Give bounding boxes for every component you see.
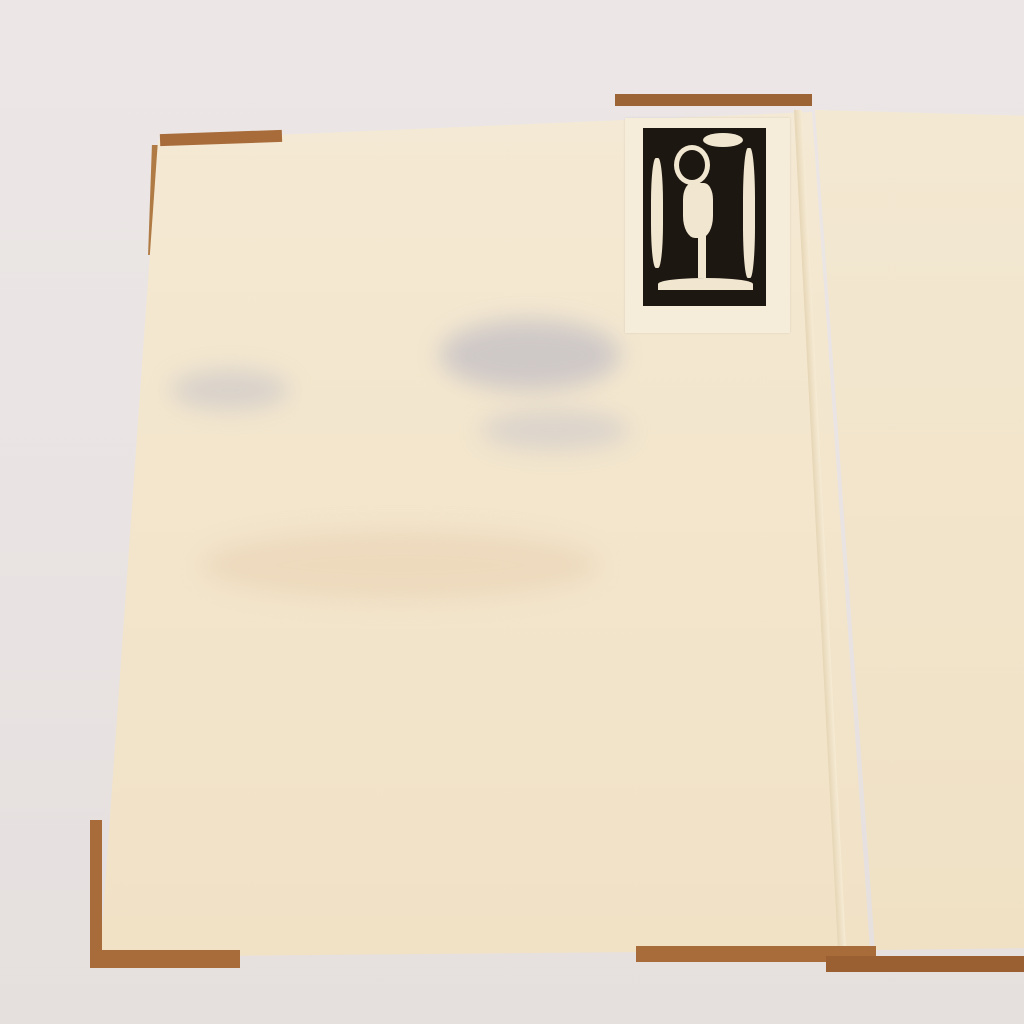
leather-corner-top-right [615,94,812,106]
woodcut-image [643,128,766,306]
ink-stain [440,320,620,390]
back-cover-edge [826,956,1024,972]
ink-stain [170,370,290,410]
leather-corner-bottom-left-side [90,820,102,960]
leather-corner-bottom-left [90,950,240,968]
foxing-stain [200,530,600,600]
ink-stain [480,410,630,450]
